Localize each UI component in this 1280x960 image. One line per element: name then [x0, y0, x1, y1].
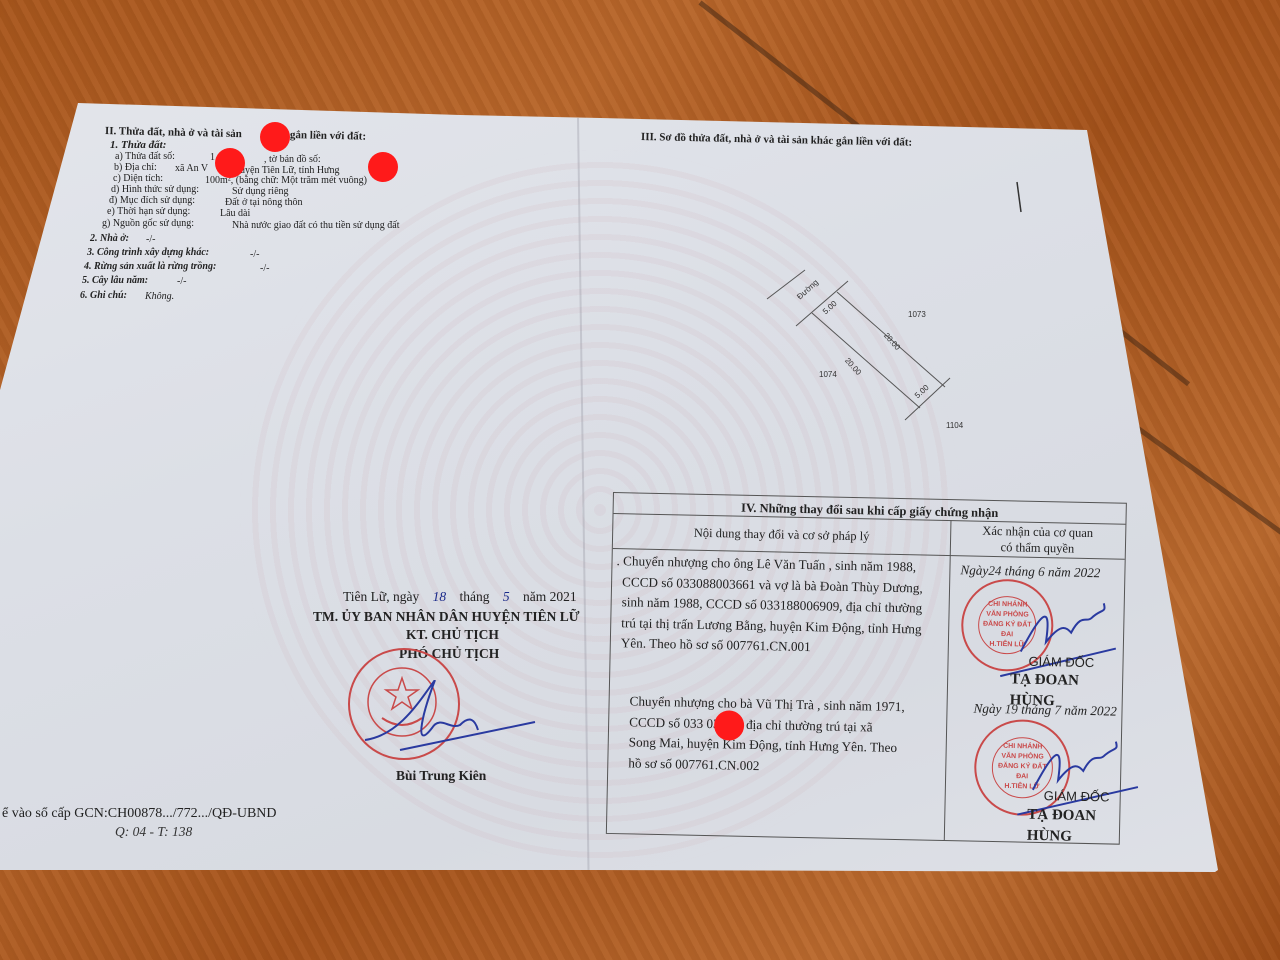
planted-forest-label: 4. Rừng sản xuất là rừng trồng: [84, 261, 216, 272]
spacer [610, 665, 947, 672]
date-prefix: Ngày [960, 562, 988, 578]
issue-year: năm 2021 [523, 589, 577, 604]
parcel-outline [750, 265, 980, 440]
confirmation-day: 24 [988, 563, 1001, 578]
column-header-confirmation: Xác nhận của cơ quan có thẩm quyền [950, 522, 1126, 558]
table-column-divider [944, 520, 952, 840]
note-value: Không. [145, 291, 174, 302]
changes-table: IV. Những thay đổi sau khi cấp giấy chứn… [606, 492, 1127, 845]
date-prefix: Ngày [973, 701, 1001, 717]
redaction-dot [260, 122, 290, 152]
issuing-authority: TM. ỦY BAN NHÂN DÂN HUYỆN TIÊN LỮ [313, 609, 580, 625]
other-construction-value: -/- [250, 249, 259, 260]
perennial-trees-label: 5. Cây lâu năm: [82, 275, 148, 286]
usage-origin-value: Nhà nước giao đất có thu tiền sử dụng đấ… [232, 220, 399, 231]
table-row: Chuyển nhượng cho bà Vũ Thị Trà , sinh n… [628, 691, 905, 779]
address-value: xã An V [175, 163, 208, 174]
confirmation-year: năm 2022 [1048, 564, 1101, 580]
address-label: b) Địa chỉ: [114, 162, 157, 173]
redaction-dot [368, 152, 398, 182]
usage-origin-label: g) Nguồn gốc sử dụng: [102, 218, 194, 229]
land-certificate-paper: II. Thửa đất, nhà ở và tài sản gắn liền … [0, 0, 1280, 960]
month-label: tháng [459, 589, 489, 604]
parcel-number-label: a) Thửa đất số: [115, 151, 175, 162]
note-label: 6. Ghi chú: [80, 290, 127, 301]
land-subtitle: 1. Thửa đất: [110, 139, 166, 151]
confirmation-day: 19 [1005, 701, 1018, 716]
other-construction-label: 3. Công trình xây dựng khác: [87, 247, 209, 258]
redaction-dot [215, 148, 245, 178]
confirmation-year: năm 2022 [1064, 703, 1117, 719]
month-label: tháng [1021, 702, 1051, 718]
section-3-heading: III. Sơ đồ thửa đất, nhà ở và tài sản kh… [641, 131, 912, 149]
usage-form-value: Sử dụng riêng [232, 186, 289, 197]
usage-form-label: d) Hình thức sử dụng: [111, 184, 199, 195]
column-header-content: Nội dung thay đổi và cơ sở pháp lý [613, 521, 950, 549]
north-arrow-icon [1013, 180, 1025, 215]
map-sheet-label: , tờ bản đồ số: [264, 154, 321, 165]
neighbor-parcel-1074: 1074 [819, 370, 837, 379]
issuer-signer-name: Bùi Trung Kiên [396, 768, 486, 784]
month-label: tháng [1005, 563, 1035, 579]
area-label: c) Diện tích: [113, 173, 163, 184]
issue-day: 18 [433, 589, 447, 604]
usage-purpose-label: đ) Mục đích sử dụng: [109, 195, 195, 206]
entry-2-signer-name: TẠ ĐOAN HÙNG [1027, 805, 1120, 848]
registry-number: ể vào sổ cấp GCN:CH00878.../772.../QĐ-UB… [2, 806, 277, 822]
house-value: -/- [146, 234, 155, 245]
section-2-heading-left: II. Thửa đất, nhà ở và tài sản [105, 125, 242, 140]
usage-purpose-value: Đất ở tại nông thôn [225, 197, 303, 208]
signature-scribble [360, 680, 540, 760]
entry-1-confirmation-date: Ngày24 tháng 6 năm 2022 [960, 560, 1100, 583]
issue-month: 5 [503, 589, 510, 604]
paper-fold [577, 118, 589, 870]
house-label: 2. Nhà ở: [90, 233, 129, 244]
neighbor-parcel-1073: 1073 [908, 310, 926, 319]
entry-2-confirmation-date: Ngày 19 tháng 7 năm 2022 [973, 699, 1117, 722]
handwritten-book-page-note: Q: 04 - T: 138 [115, 824, 192, 840]
parcel-diagram: Đường 5.00 20.00 20.00 5.00 1073 1074 11… [750, 265, 980, 440]
neighbor-parcel-1104: 1104 [946, 421, 963, 430]
usage-term-label: e) Thời hạn sử dụng: [107, 206, 190, 217]
position-line-1: KT. CHỦ TỊCH [406, 627, 499, 643]
place-date-prefix: Tiên Lữ, ngày [343, 589, 419, 604]
planted-forest-value: -/- [260, 263, 269, 274]
section-2-heading-right: gắn liền với đất: [290, 129, 366, 143]
confirmation-month: 6 [1038, 564, 1045, 579]
confirmation-month: 7 [1054, 702, 1061, 717]
perennial-trees-value: -/- [177, 276, 186, 287]
usage-term-value: Lâu dài [220, 208, 250, 219]
table-row: . Chuyển nhượng cho ông Lê Văn Tuấn , si… [615, 551, 924, 660]
